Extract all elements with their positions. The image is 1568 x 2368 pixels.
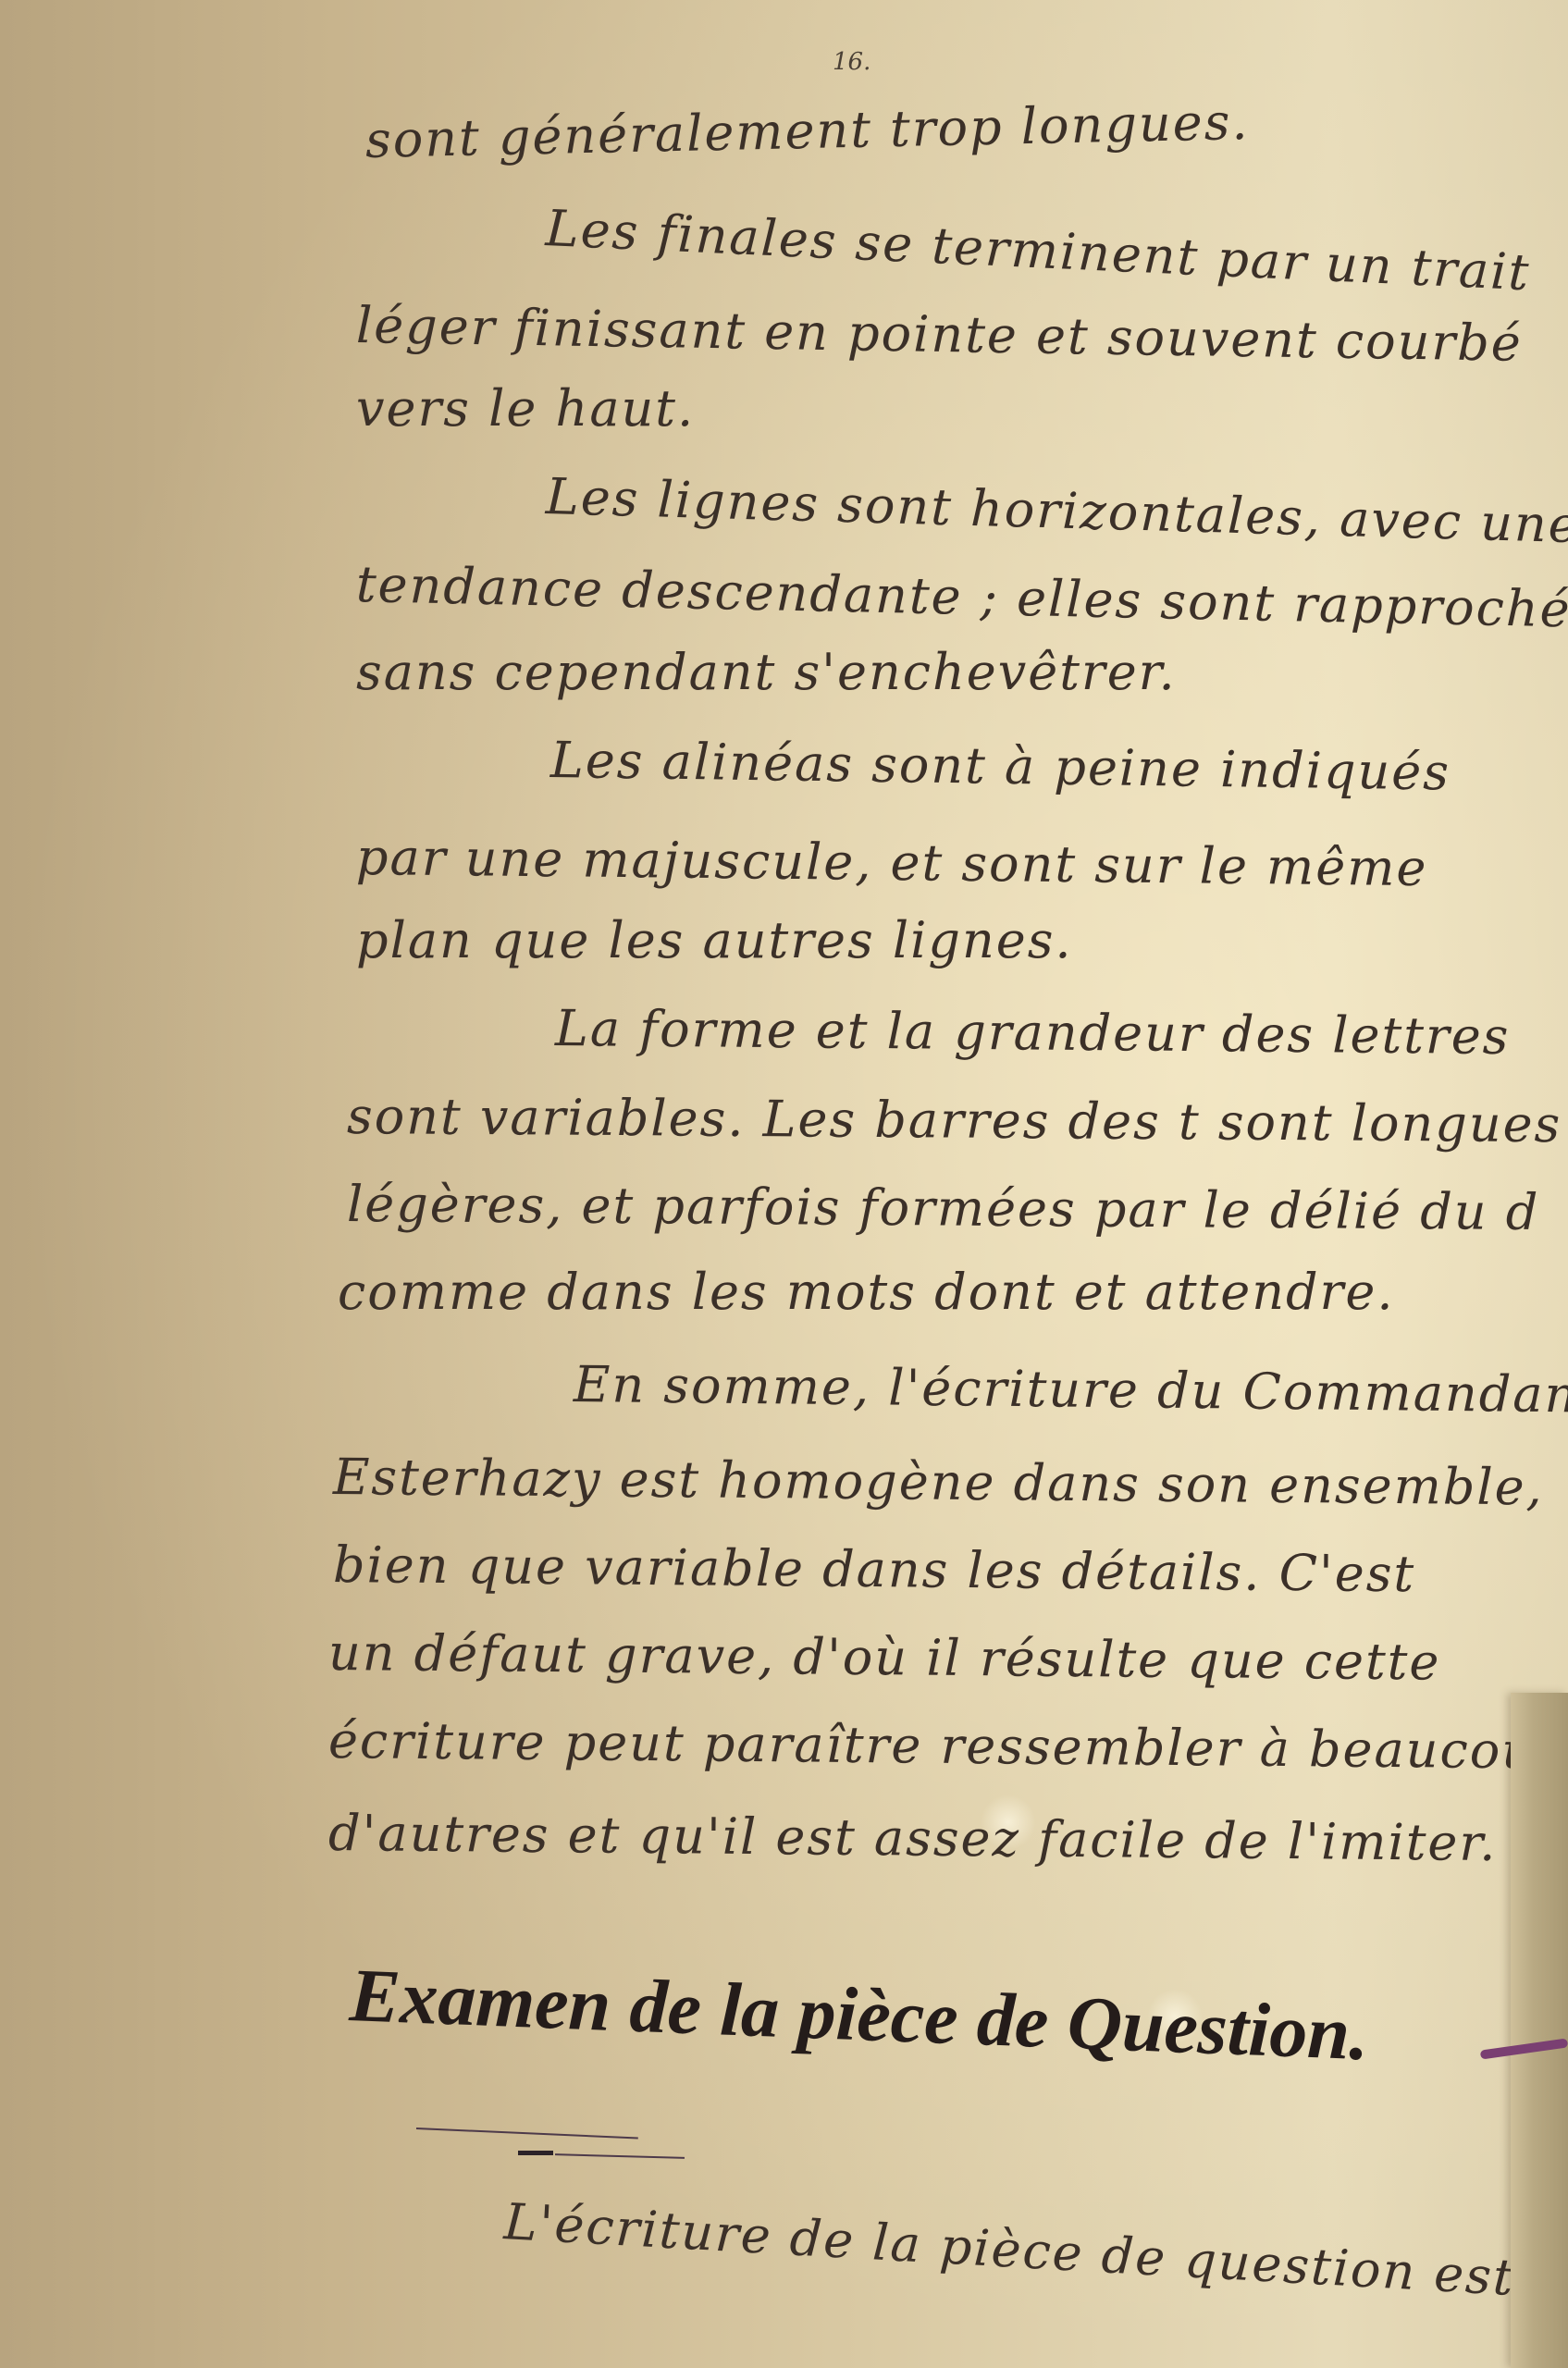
text-line: sans cependant s'enchevêtrer. <box>356 643 1177 701</box>
text-line: écriture peut paraître ressembler à beau… <box>328 1711 1568 1781</box>
divider-line <box>555 2153 685 2159</box>
divider-line <box>416 2127 638 2139</box>
text-line: En somme, l'écriture du Commandant <box>574 1355 1568 1424</box>
text-line: un défaut grave, d'où il résulte que cet… <box>328 1623 1441 1691</box>
text-line: légères, et parfois formées par le délié… <box>347 1175 1540 1241</box>
text-line: Les finales se terminent par un trait <box>545 199 1532 302</box>
text-line: Les lignes sont horizontales, avec une <box>545 467 1568 554</box>
manuscript-page: 16. sont généralement trop longues. Les … <box>0 0 1568 2368</box>
section-heading: Examen de la pièce de Question. <box>348 1952 1370 2078</box>
text-line: sont variables. Les barres des t sont lo… <box>347 1087 1562 1153</box>
text-line: d'autres et qu'il est assez facile de l'… <box>328 1804 1498 1872</box>
text-line: Les alinéas sont à peine indiqués <box>550 731 1451 802</box>
book-binding-gutter <box>1511 1693 1568 2368</box>
text-line: comme dans les mots dont et attendre. <box>338 1263 1394 1321</box>
text-line: sont généralement trop longues. <box>364 92 1250 169</box>
text-line: plan que les autres lignes. <box>356 911 1073 969</box>
text-line: tendance descendante ; elles sont rappro… <box>355 555 1568 640</box>
divider-mark <box>518 2151 553 2155</box>
text-line: Esterhazy est homogène dans son ensemble… <box>333 1448 1544 1516</box>
text-line: vers le haut. <box>356 379 695 438</box>
text-line: par une majuscule, et sont sur le même <box>356 828 1428 897</box>
text-line: L'écriture de la pièce de question est <box>502 2192 1516 2307</box>
text-line: léger finissant en pointe et souvent cou… <box>356 296 1524 373</box>
text-line: La forme et la grandeur des lettres <box>555 999 1511 1066</box>
text-line: bien que variable dans les détails. C'es… <box>333 1535 1416 1603</box>
page-number: 16. <box>833 48 870 76</box>
